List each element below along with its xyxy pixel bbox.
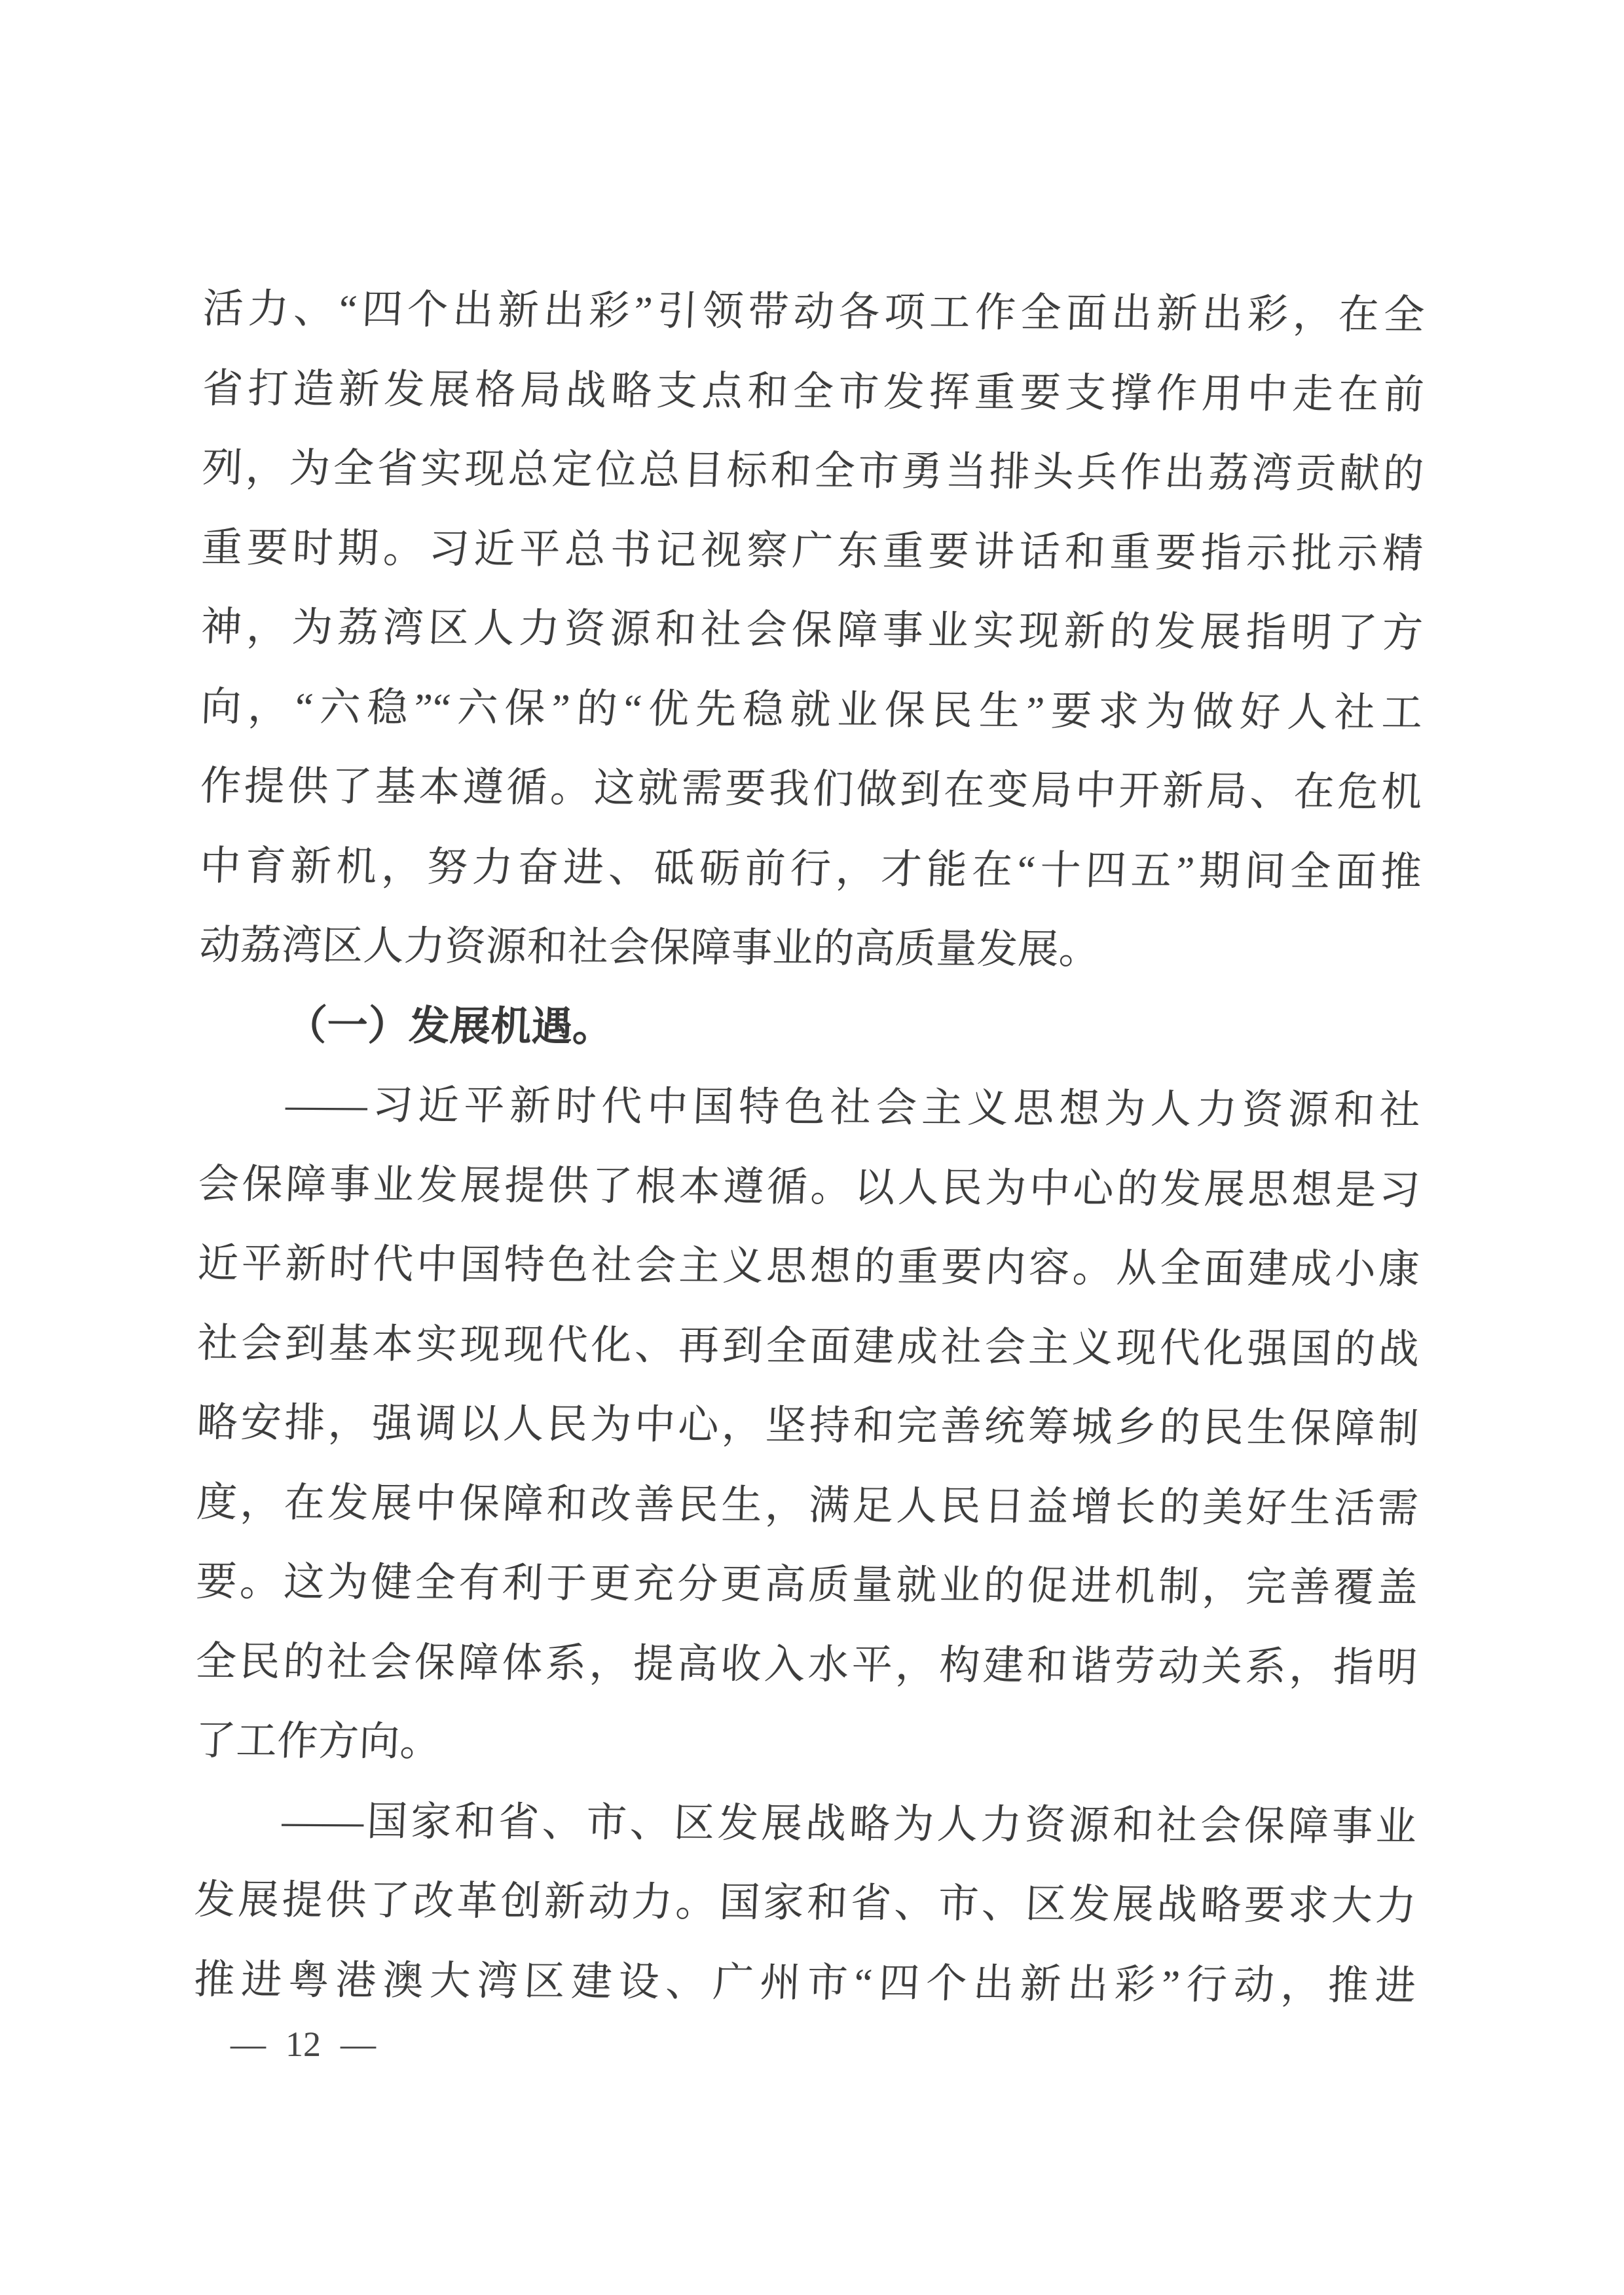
text-line: 动荔湾区人力资源和社会保障事业的高质量发展。 bbox=[198, 906, 1423, 992]
text-line: 发展提供了改革创新动力。国家和省、市、区发展战略要求大力 bbox=[193, 1861, 1418, 1947]
page-number: 12 bbox=[286, 2025, 321, 2064]
text-line: 全民的社会保障体系，提高收入水平，构建和谐劳动关系，指明 bbox=[194, 1622, 1419, 1708]
document-page: 活力、“四个出新出彩”引领带动各项工作全面出新出彩，在全省打造新发展格局战略支点… bbox=[0, 0, 1624, 2295]
text-line: 省打造新发展格局战略支点和全市发挥重要支撑作用中走在前 bbox=[201, 350, 1426, 435]
text-line: 重要时期。习近平总书记视察广东重要讲话和重要指示批示精 bbox=[200, 509, 1425, 595]
text-line: 社会到基本实现现代化、再到全面建成社会主义现代化强国的战 bbox=[196, 1304, 1421, 1389]
section-heading: （一）发展机遇。 bbox=[198, 985, 1423, 1071]
text-line: 会保障事业发展提供了根本遵循。以人民为中心的发展思想是习 bbox=[196, 1145, 1422, 1230]
footer-left-dash: — bbox=[231, 2025, 266, 2064]
text-line: ——习近平新时代中国特色社会主义思想为人力资源和社 bbox=[197, 1065, 1422, 1151]
text-line: 神，为荔湾区人力资源和社会保障事业实现新的发展指明了方 bbox=[200, 588, 1425, 674]
text-line: 略安排，强调以人民为中心，坚持和完善统筹城乡的民生保障制 bbox=[195, 1384, 1420, 1469]
footer-right-dash: — bbox=[341, 2025, 376, 2064]
text-line: 中育新机，努力奋进、砥砺前行，才能在“十四五”期间全面推 bbox=[198, 826, 1424, 912]
text-line: ——国家和省、市、区发展战略为人力资源和社会保障事业 bbox=[193, 1781, 1418, 1867]
text-line: 要。这为健全有利于更充分更高质量就业的促进机制，完善覆盖 bbox=[194, 1543, 1420, 1628]
text-line: 近平新时代中国特色社会主义思想的重要内容。从全面建成小康 bbox=[196, 1224, 1422, 1310]
text-line: 活力、“四个出新出彩”引领带动各项工作全面出新出彩，在全 bbox=[201, 270, 1426, 356]
document-text-block: 活力、“四个出新出彩”引领带动各项工作全面出新出彩，在全省打造新发展格局战略支点… bbox=[194, 270, 1425, 2027]
text-line: 作提供了基本遵循。这就需要我们做到在变局中开新局、在危机 bbox=[198, 747, 1424, 833]
text-line: 向，“六稳”“六保”的“优先稳就业保民生”要求为做好人社工 bbox=[199, 668, 1424, 754]
text-line: 推进粤港澳大湾区建设、广州市“四个出新出彩”行动，推进 bbox=[193, 1940, 1418, 2026]
text-line: 了工作方向。 bbox=[194, 1702, 1419, 1788]
text-line: 度，在发展中保障和改善民生，满足人民日益增长的美好生活需 bbox=[195, 1463, 1420, 1549]
page-footer: — 12 — bbox=[231, 2025, 376, 2064]
text-line: 列，为全省实现总定位总目标和全市勇当排头兵作出荔湾贡献的 bbox=[200, 429, 1426, 515]
